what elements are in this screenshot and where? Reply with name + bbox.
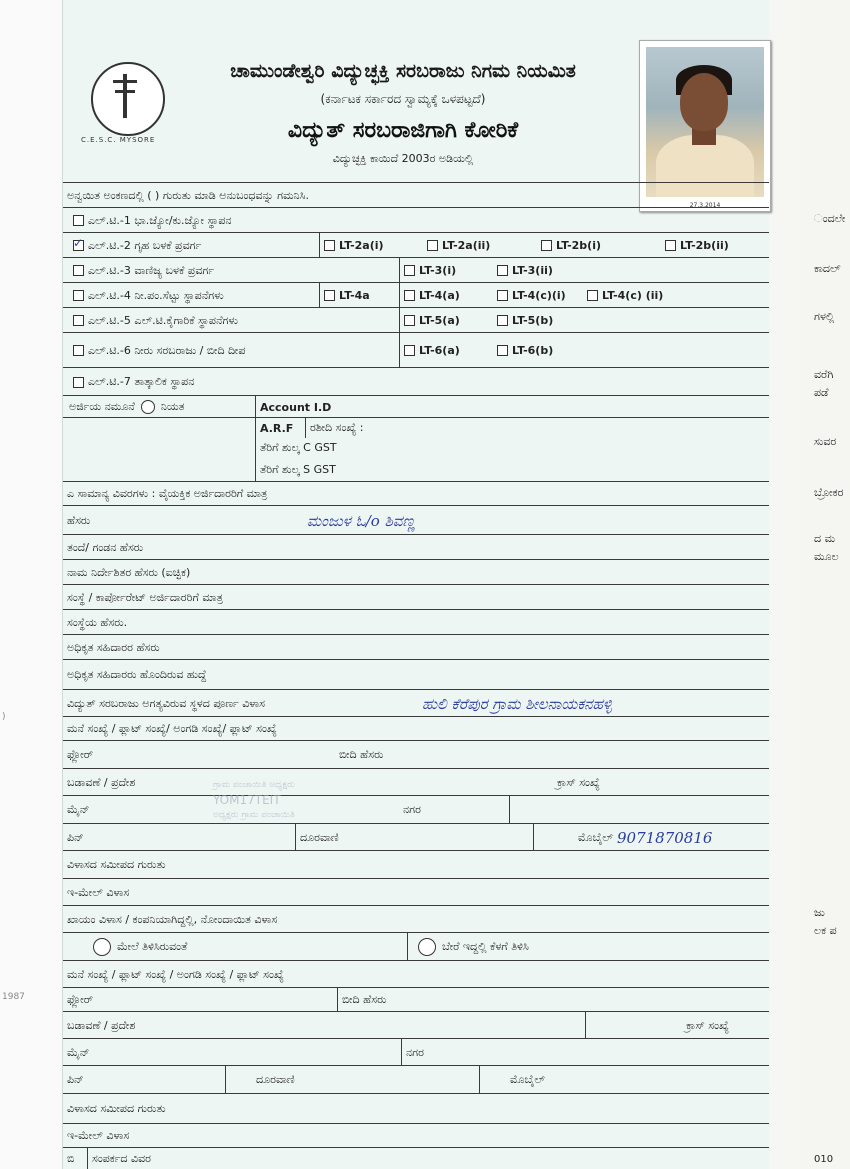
category-row-lt1: ಎಲ್.ಟಿ.-1 ಭಾ.ಜ್ಯೋ/ಕು.ಜ್ಯೋ ಸ್ಥಾಪನ bbox=[63, 207, 769, 233]
instruction-row: ಅನ್ವಯಿತ ಅಂಕಣದಲ್ಲಿ ( ) ಗುರುತು ಮಾಡಿ ಅನುಬಂಧ… bbox=[63, 182, 769, 208]
option-label: LT-4(a) bbox=[419, 289, 460, 302]
cgst-row: ತೆರಿಗೆ ಶುಲ್ಕ C GST bbox=[63, 437, 769, 459]
perm-floor-label: ಫ್ಲೋರ್ bbox=[63, 988, 263, 1012]
checkbox-lt2a-i[interactable] bbox=[324, 240, 335, 251]
name-row: ಹೆಸರು ಮಂಜುಳ ಓ/o ಶಿವಣ್ಣ bbox=[63, 505, 769, 535]
right-fragment: ಜು bbox=[814, 906, 825, 920]
name-label: ಹೆಸರು bbox=[63, 506, 263, 535]
city-label: ನಗರ bbox=[399, 796, 499, 824]
perm-floor-row: ಫ್ಲೋರ್ ಬೀದಿ ಹೆಸರು bbox=[63, 987, 769, 1012]
section-b-prefix: ಬಿ bbox=[63, 1148, 87, 1169]
right-fragment: ಂದಲೇ bbox=[814, 212, 845, 226]
section-b-header: ಬಿ ಸಂಪರ್ಕದ ವಿವರ bbox=[63, 1147, 769, 1169]
org-subtitle: (ಕರ್ನಾಟಕ ಸರ್ಕಾರದ ಸ್ವಾಮ್ಯಕ್ಕೆ ಒಳಪಟ್ಟದೆ) bbox=[123, 92, 683, 107]
main-row: ಮೈನ್ ನಗರ bbox=[63, 795, 769, 824]
right-fragment: ಕಾದಲ್ bbox=[814, 262, 841, 276]
category-row-lt7: ಎಲ್.ಟಿ.-7 ತಾತ್ಕಾಲಿಕ ಸ್ಥಾಪನ bbox=[63, 367, 769, 396]
permanent-address-label: ಖಾಯಂ ವಿಳಾಸ / ಕಂಪನಿಯಾಗಿದ್ದಲ್ಲಿ, ನೋಂದಾಯಿತ … bbox=[63, 906, 563, 933]
left-fragment: 1987 bbox=[2, 992, 25, 1002]
permanent-address-row: ಖಾಯಂ ವಿಳಾಸ / ಕಂಪನಿಯಾಗಿದ್ದಲ್ಲಿ, ನೋಂದಾಯಿತ … bbox=[63, 905, 769, 933]
right-fragment: ಪಡೆ bbox=[814, 386, 829, 400]
house-no-row: ಮನೆ ಸಂಖ್ಯೆ / ಫ್ಲಾಟ್ ಸಂಖ್ಯೆ/ ಅಂಗಡಿ ಸಂಖ್ಯೆ… bbox=[63, 716, 769, 741]
left-fragment: ) bbox=[2, 712, 6, 722]
perm-main-row: ಮೈನ್ ನಗರ bbox=[63, 1038, 769, 1066]
mobile-label: ಮೊಬೈಲ್ bbox=[533, 824, 613, 851]
checkbox-lt4-a[interactable] bbox=[404, 290, 415, 301]
nominee-label: ನಾಮ ನಿರ್ದೇಶಿತರ ಹೆಸರು (ಐಚ್ಛಿಕ) bbox=[63, 560, 363, 585]
stamp-line: YOM17TEIT bbox=[213, 793, 413, 807]
checkbox-lt4-c-ii[interactable] bbox=[587, 290, 598, 301]
application-type-option: ನಿಯತ bbox=[161, 400, 185, 414]
auth-name-label: ಅಧಿಕೃತ ಸಹಿದಾರರ ಹೆಸರು bbox=[63, 635, 363, 660]
radio-same-as-above[interactable] bbox=[93, 938, 111, 956]
application-type-row: ಅರ್ಜಿಯ ನಮೂನೆನಿಯತ Account I.D bbox=[63, 395, 769, 418]
checkbox-lt5a[interactable] bbox=[404, 315, 415, 326]
checkbox-lt3-i[interactable] bbox=[404, 265, 415, 276]
perm-landmark-row: ವಿಳಾಸದ ಸಮೀಪದ ಗುರುತು bbox=[63, 1093, 769, 1124]
auth-post-row: ಅಧಿಕೃತ ಸಹಿದಾರರು ಹೊಂದಿರುವ ಹುದ್ದೆ bbox=[63, 659, 769, 690]
checkbox-lt2[interactable] bbox=[73, 240, 84, 251]
checkbox-lt2b-i[interactable] bbox=[541, 240, 552, 251]
perm-pin-label: ಪಿನ್ bbox=[63, 1066, 223, 1094]
nominee-row: ನಾಮ ನಿರ್ದೇಶಿತರ ಹೆಸರು (ಐಚ್ಛಿಕ) bbox=[63, 559, 769, 585]
option-label: LT-6(a) bbox=[419, 344, 460, 357]
category-row-lt5: ಎಲ್.ಟಿ.-5 ಎಲ್.ಟಿ.ಕೈಗಾರಿಕೆ ಸ್ಥಾಪನೆಗಳು LT-… bbox=[63, 307, 769, 333]
stamp-line: ಗ್ರಾಮ ಪಂಚಾಯಿತಿ ಅಧ್ಯಕ್ಷರು bbox=[213, 780, 413, 790]
option-label: LT-2a(i) bbox=[339, 239, 384, 252]
perm-email-label: ಇ-ಮೇಲ್ ವಿಳಾಸ bbox=[63, 1124, 363, 1148]
option-label: LT-4(c)(i) bbox=[512, 289, 566, 302]
perm-house-no-row: ಮನೆ ಸಂಖ್ಯೆ / ಫ್ಲಾಟ್ ಸಂಖ್ಯೆ / ಅಂಗಡಿ ಸಂಖ್ಯ… bbox=[63, 960, 769, 988]
section-a-header: ಎ ಸಾಮಾನ್ಯ ವಿವರಗಳು : ವೈಯಕ್ತಿಕ ಅರ್ಜಿದಾರರಿಗ… bbox=[63, 481, 769, 506]
checkbox-lt6b[interactable] bbox=[497, 345, 508, 356]
category-label: ಎಲ್.ಟಿ.-1 ಭಾ.ಜ್ಯೋ/ಕು.ಜ್ಯೋ ಸ್ಥಾಪನ bbox=[88, 214, 232, 228]
else-below-label: ಬೇರೆ ಇದ್ದಲ್ಲಿ ಕೆಳಗೆ ತಿಳಿಸಿ bbox=[442, 940, 529, 954]
radio-else-below[interactable] bbox=[418, 938, 436, 956]
right-fragment: ಗಳಲ್ಲಿ bbox=[814, 310, 834, 324]
perm-main-label: ಮೈನ್ bbox=[63, 1039, 263, 1066]
right-fragment: ಮೂಲ bbox=[814, 550, 839, 564]
email-row: ಇ-ಮೇಲ್ ವಿಳಾಸ bbox=[63, 878, 769, 906]
street-label: ಬೀದಿ ಹೆಸರು bbox=[335, 741, 535, 769]
sgst-label: ತೆರಿಗೆ ಶುಲ್ಕ S GST bbox=[255, 459, 769, 481]
floor-label: ಫ್ಲೋರ್ bbox=[63, 741, 263, 769]
right-fragment: ವರೆಗಿ bbox=[814, 368, 833, 382]
application-form: C.E.S.C. MYSORE ಚಾಮುಂಡೇಶ್ವರಿ ವಿದ್ಯುಚ್ಛಕ್… bbox=[62, 0, 769, 1169]
mobile-value[interactable]: 9071870816 bbox=[613, 824, 769, 851]
supply-address-label: ವಿದ್ಯುತ್ ಸರಬರಾಜು ಅಗತ್ಯವಿರುವ ಸ್ಥಳದ ಪೂರ್ಣ … bbox=[63, 690, 413, 717]
checkbox-lt4[interactable] bbox=[73, 290, 84, 301]
sgst-row: ತೆರಿಗೆ ಶುಲ್ಕ S GST bbox=[63, 459, 769, 481]
org-name-label: ಸಂಸ್ಥೆಯ ಹೆಸರು. bbox=[63, 610, 363, 635]
right-fragment: 010 bbox=[814, 1154, 833, 1165]
right-page: ಂದಲೇ ಕಾದಲ್ ಗಳಲ್ಲಿ ವರೆಗಿ ಪಡೆ ಸುವರ ಬ್ರೋಕರ … bbox=[800, 0, 850, 1169]
floor-row: ಫ್ಲೋರ್ ಬೀದಿ ಹೆಸರು bbox=[63, 740, 769, 769]
instruction-text: ಅನ್ವಯಿತ ಅಂಕಣದಲ್ಲಿ ( ) ಗುರುತು ಮಾಡಿ ಅನುಬಂಧ… bbox=[63, 183, 643, 208]
auth-name-row: ಅಧಿಕೃತ ಸಹಿದಾರರ ಹೆಸರು bbox=[63, 634, 769, 660]
right-fragment: ಬ್ರೋಕರ bbox=[814, 486, 843, 500]
same-address-row: ಮೇಲೆ ತಿಳಿಸಿರುವಂತೆ ಬೇರೆ ಇದ್ದಲ್ಲಿ ಕೆಳಗೆ ತಿ… bbox=[63, 932, 769, 961]
option-label: LT-2b(i) bbox=[556, 239, 601, 252]
stamp-line: ಅಧ್ಯಕ್ಷರು ಗ್ರಾಮ ಪಂಚಾಯಿತಿ bbox=[213, 810, 413, 820]
option-label: LT-2a(ii) bbox=[442, 239, 490, 252]
corporate-row: ಸಂಸ್ಥೆ / ಕಾರ್ಪೋರೇಟ್ ಅರ್ಜಿದಾರರಿಗೆ ಮಾತ್ರ bbox=[63, 584, 769, 610]
category-label: ಎಲ್.ಟಿ.-7 ತಾತ್ಕಾಲಿಕ ಸ್ಥಾಪನ bbox=[88, 375, 194, 389]
perm-pin-row: ಪಿನ್ ದೂರವಾಣಿ ಮೊಬೈಲ್ bbox=[63, 1065, 769, 1094]
arf-label: A.R.F bbox=[255, 418, 305, 438]
perm-cross-label: ಕ್ರಾಸ್ ಸಂಖ್ಯೆ bbox=[585, 1012, 769, 1039]
pin-row: ಪಿನ್ ದೂರವಾಣಿ ಮೊಬೈಲ್ 9071870816 bbox=[63, 823, 769, 851]
org-name-row: ಸಂಸ್ಥೆಯ ಹೆಸರು. bbox=[63, 609, 769, 635]
perm-phone-label: ದೂರವಾಣಿ bbox=[225, 1066, 475, 1094]
perm-mobile-label: ಮೊಬೈಲ್ bbox=[479, 1066, 769, 1094]
option-label: LT-5(a) bbox=[419, 314, 460, 327]
perm-area-row: ಬಡಾವಣೆ / ಪ್ರದೇಶ ಕ್ರಾಸ್ ಸಂಖ್ಯೆ bbox=[63, 1011, 769, 1039]
name-value[interactable]: ಮಂಜುಳ ಓ/o ಶಿವಣ್ಣ bbox=[303, 506, 603, 535]
corporate-label: ಸಂಸ್ಥೆ / ಕಾರ್ಪೋರೇಟ್ ಅರ್ಜಿದಾರರಿಗೆ ಮಾತ್ರ bbox=[63, 585, 463, 610]
area-row: ಬಡಾವಣೆ / ಪ್ರದೇಶ ಕ್ರಾಸ್ ಸಂಖ್ಯೆ bbox=[63, 768, 769, 796]
father-name-label: ತಂದೆ/ ಗಂಡನ ಹೆಸರು bbox=[63, 535, 363, 560]
checkbox-lt5b[interactable] bbox=[497, 315, 508, 326]
category-row-lt6: ಎಲ್.ಟಿ.-6 ನೀರು ಸರಬರಾಜು / ಬೀದಿ ದೀಪ LT-6(a… bbox=[63, 332, 769, 368]
category-row-lt4: ಎಲ್.ಟಿ.-4 ನೀ.ಪಂ.ಸೆಟ್ಟು ಸ್ಥಾಪನೆಗಳು LT-4a … bbox=[63, 282, 769, 308]
form-title: ವಿದ್ಯುತ್ ಸರಬರಾಜಿಗಾಗಿ ಕೋರಿಕೆ bbox=[123, 118, 683, 143]
option-label: LT-6(b) bbox=[512, 344, 553, 357]
left-background: ) 1987 bbox=[0, 0, 62, 1169]
right-fragment: ದ ಮ bbox=[814, 532, 835, 546]
org-name: ಚಾಮುಂಡೇಶ್ವರಿ ವಿದ್ಯುಚ್ಛಕ್ತಿ ಸರಬರಾಜು ನಿಗಮ … bbox=[123, 60, 683, 82]
option-label: LT-2b(ii) bbox=[680, 239, 729, 252]
category-label: ಎಲ್.ಟಿ.-3 ವಾಣಿಜ್ಯ ಬಳಕೆ ಪ್ರವರ್ಗ bbox=[88, 264, 214, 278]
option-label: LT-4(c) (ii) bbox=[602, 289, 663, 302]
right-fragment: ಲಕ ಪ bbox=[814, 924, 837, 938]
option-label: LT-3(i) bbox=[419, 264, 456, 277]
account-id-label: Account I.D bbox=[255, 396, 769, 418]
supply-address-value[interactable]: ಹುಲಿ ಕೆರೆಪುರ ಗ್ರಾಮ ಶೀಲನಾಯಕನಹಳ್ಳಿ bbox=[418, 690, 768, 717]
house-no-label: ಮನೆ ಸಂಖ್ಯೆ / ಫ್ಲಾಟ್ ಸಂಖ್ಯೆ/ ಅಂಗಡಿ ಸಂಖ್ಯೆ… bbox=[63, 717, 463, 741]
father-row: ತಂದೆ/ ಗಂಡನ ಹೆಸರು bbox=[63, 534, 769, 560]
perm-street-label: ಬೀದಿ ಹೆಸರು bbox=[337, 988, 537, 1012]
same-as-above-label: ಮೇಲೆ ತಿಳಿಸಿರುವಂತೆ bbox=[117, 940, 187, 954]
checkbox-lt2a-ii[interactable] bbox=[427, 240, 438, 251]
cross-label: ಕ್ರಾಸ್ ಸಂಖ್ಯೆ bbox=[553, 769, 753, 796]
category-label: ಎಲ್.ಟಿ.-2 ಗೃಹ ಬಳಕೆ ಪ್ರವರ್ಗ bbox=[88, 239, 201, 253]
category-label: ಎಲ್.ಟಿ.-4 ನೀ.ಪಂ.ಸೆಟ್ಟು ಸ್ಥಾಪನೆಗಳು bbox=[88, 289, 224, 303]
landmark-row: ವಿಳಾಸದ ಸಮೀಪದ ಗುರುತು bbox=[63, 850, 769, 879]
checkbox-lt2b-ii[interactable] bbox=[665, 240, 676, 251]
checkbox-lt3-ii[interactable] bbox=[497, 265, 508, 276]
category-label: ಎಲ್.ಟಿ.-6 ನೀರು ಸರಬರಾಜು / ಬೀದಿ ದೀಪ bbox=[88, 344, 245, 358]
radio-regular[interactable] bbox=[141, 400, 155, 414]
category-label: ಎಲ್.ಟಿ.-5 ಎಲ್.ಟಿ.ಕೈಗಾರಿಕೆ ಸ್ಥಾಪನೆಗಳು bbox=[88, 314, 238, 328]
application-type-label: ಅರ್ಜಿಯ ನಮೂನೆ bbox=[69, 400, 135, 414]
category-row-lt3: ಎಲ್.ಟಿ.-3 ವಾಣಿಜ್ಯ ಬಳಕೆ ಪ್ರವರ್ಗ LT-3(i) L… bbox=[63, 257, 769, 283]
perm-landmark-label: ವಿಳಾಸದ ಸಮೀಪದ ಗುರುತು bbox=[63, 1094, 363, 1124]
section-b-title: ಸಂಪರ್ಕದ ವಿವರ bbox=[87, 1148, 387, 1169]
option-label: LT-3(ii) bbox=[512, 264, 553, 277]
checkbox-lt1[interactable] bbox=[73, 215, 84, 226]
auth-post-label: ಅಧಿಕೃತ ಸಹಿದಾರರು ಹೊಂದಿರುವ ಹುದ್ದೆ bbox=[63, 660, 463, 690]
section-a-title: ಎ ಸಾಮಾನ್ಯ ವಿವರಗಳು : ವೈಯಕ್ತಿಕ ಅರ್ಜಿದಾರರಿಗ… bbox=[63, 482, 563, 506]
checkbox-lt4-c-i[interactable] bbox=[497, 290, 508, 301]
option-label: LT-5(b) bbox=[512, 314, 553, 327]
arf-row: A.R.F ರಶೀದಿ ಸಂಖ್ಯೆ : bbox=[63, 417, 769, 438]
perm-email-row: ಇ-ಮೇಲ್ ವಿಳಾಸ bbox=[63, 1123, 769, 1148]
city-value[interactable] bbox=[509, 796, 769, 824]
official-stamp: ಗ್ರಾಮ ಪಂಚಾಯಿತಿ ಅಧ್ಯಕ್ಷರು YOM17TEIT ಅಧ್ಯಕ… bbox=[213, 780, 413, 890]
checkbox-lt7[interactable] bbox=[73, 377, 84, 388]
cgst-label: ತೆರಿಗೆ ಶುಲ್ಕ C GST bbox=[255, 437, 769, 459]
checkbox-lt3[interactable] bbox=[73, 265, 84, 276]
perm-city-label: ನಗರ bbox=[401, 1039, 501, 1066]
checkbox-lt4a[interactable] bbox=[324, 290, 335, 301]
perm-house-no-label: ಮನೆ ಸಂಖ್ಯೆ / ಫ್ಲಾಟ್ ಸಂಖ್ಯೆ / ಅಂಗಡಿ ಸಂಖ್ಯ… bbox=[63, 961, 483, 988]
option-label: LT-4a bbox=[339, 289, 370, 302]
perm-area-label: ಬಡಾವಣೆ / ಪ್ರದೇಶ bbox=[63, 1012, 363, 1039]
receipt-no-label: ರಶೀದಿ ಸಂಖ್ಯೆ : bbox=[305, 418, 769, 438]
act-line: ವಿದ್ಯುಚ್ಛಕ್ತಿ ಕಾಯಿದೆ 2003ರ ಅಡಿಯಲ್ಲಿ bbox=[123, 152, 683, 166]
right-fragment: ಸುವರ bbox=[814, 435, 836, 449]
checkbox-lt5[interactable] bbox=[73, 315, 84, 326]
checkbox-lt6a[interactable] bbox=[404, 345, 415, 356]
supply-address-row: ವಿದ್ಯುತ್ ಸರಬರಾಜು ಅಗತ್ಯವಿರುವ ಸ್ಥಳದ ಪೂರ್ಣ … bbox=[63, 689, 769, 717]
category-row-lt2: ಎಲ್.ಟಿ.-2 ಗೃಹ ಬಳಕೆ ಪ್ರವರ್ಗ LT-2a(i) LT-2… bbox=[63, 232, 769, 258]
checkbox-lt6[interactable] bbox=[73, 345, 84, 356]
